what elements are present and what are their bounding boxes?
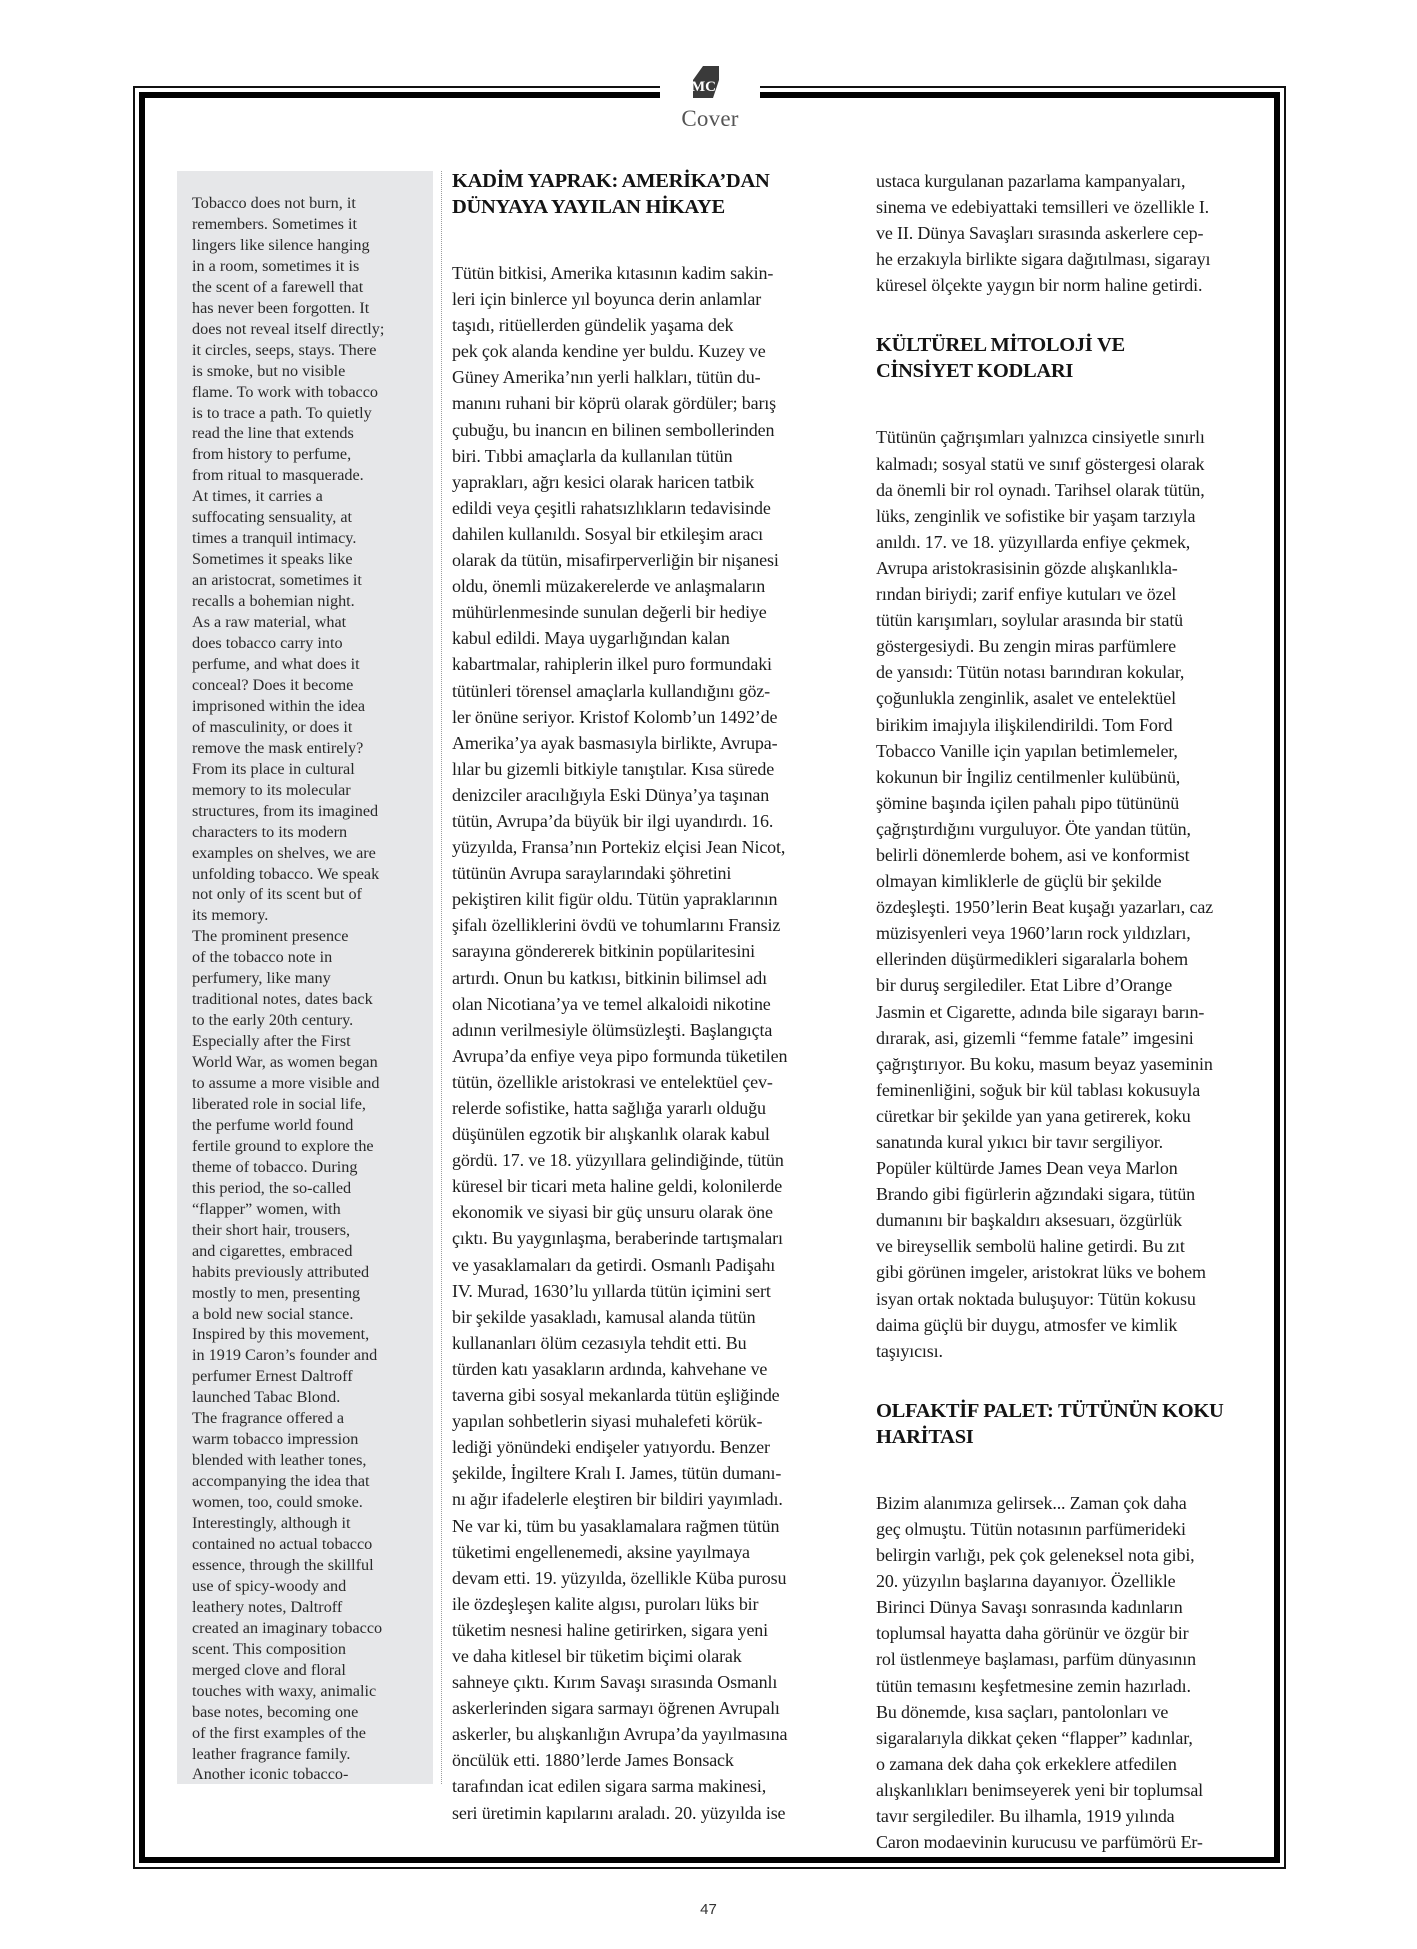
section-heading: KÜLTÜREL MİTOLOJİ VE CİNSİYET KODLARI <box>876 332 1284 384</box>
sidebar-paragraph: The prominent presence of the tobacco no… <box>192 926 419 1785</box>
article-body: Tütünün çağrışımları yalnızca cinsiyetle… <box>876 424 1284 1363</box>
article-body: ustaca kurgulanan pazarlama kampanyaları… <box>876 168 1284 298</box>
svg-text:MC: MC <box>691 79 716 95</box>
section-heading: KADİM YAPRAK: AMERİKA’DAN DÜNYAYA YAYILA… <box>452 168 860 220</box>
intro-sidebar: Tobacco does not burn, it remembers. Som… <box>177 171 433 1784</box>
mc-logo-icon: MC <box>689 66 731 98</box>
article-body: Bizim alanımıza gelirsek... Zaman çok da… <box>876 1490 1284 1855</box>
article-column-right: ustaca kurgulanan pazarlama kampanyaları… <box>876 168 1284 1855</box>
article-column-middle: KADİM YAPRAK: AMERİKA’DAN DÜNYAYA YAYILA… <box>452 168 860 1826</box>
column-divider <box>441 171 442 1784</box>
section-title: Cover <box>660 106 760 132</box>
page-header: MC Cover <box>660 64 760 142</box>
page-number: 47 <box>0 1901 1417 1918</box>
sidebar-paragraph: Tobacco does not burn, it remembers. Som… <box>192 193 419 926</box>
article-body: Tütün bitkisi, Amerika kıtasının kadim s… <box>452 260 860 1826</box>
section-heading: OLFAKTİF PALET: TÜTÜNÜN KOKU HARİTASI <box>876 1398 1284 1450</box>
